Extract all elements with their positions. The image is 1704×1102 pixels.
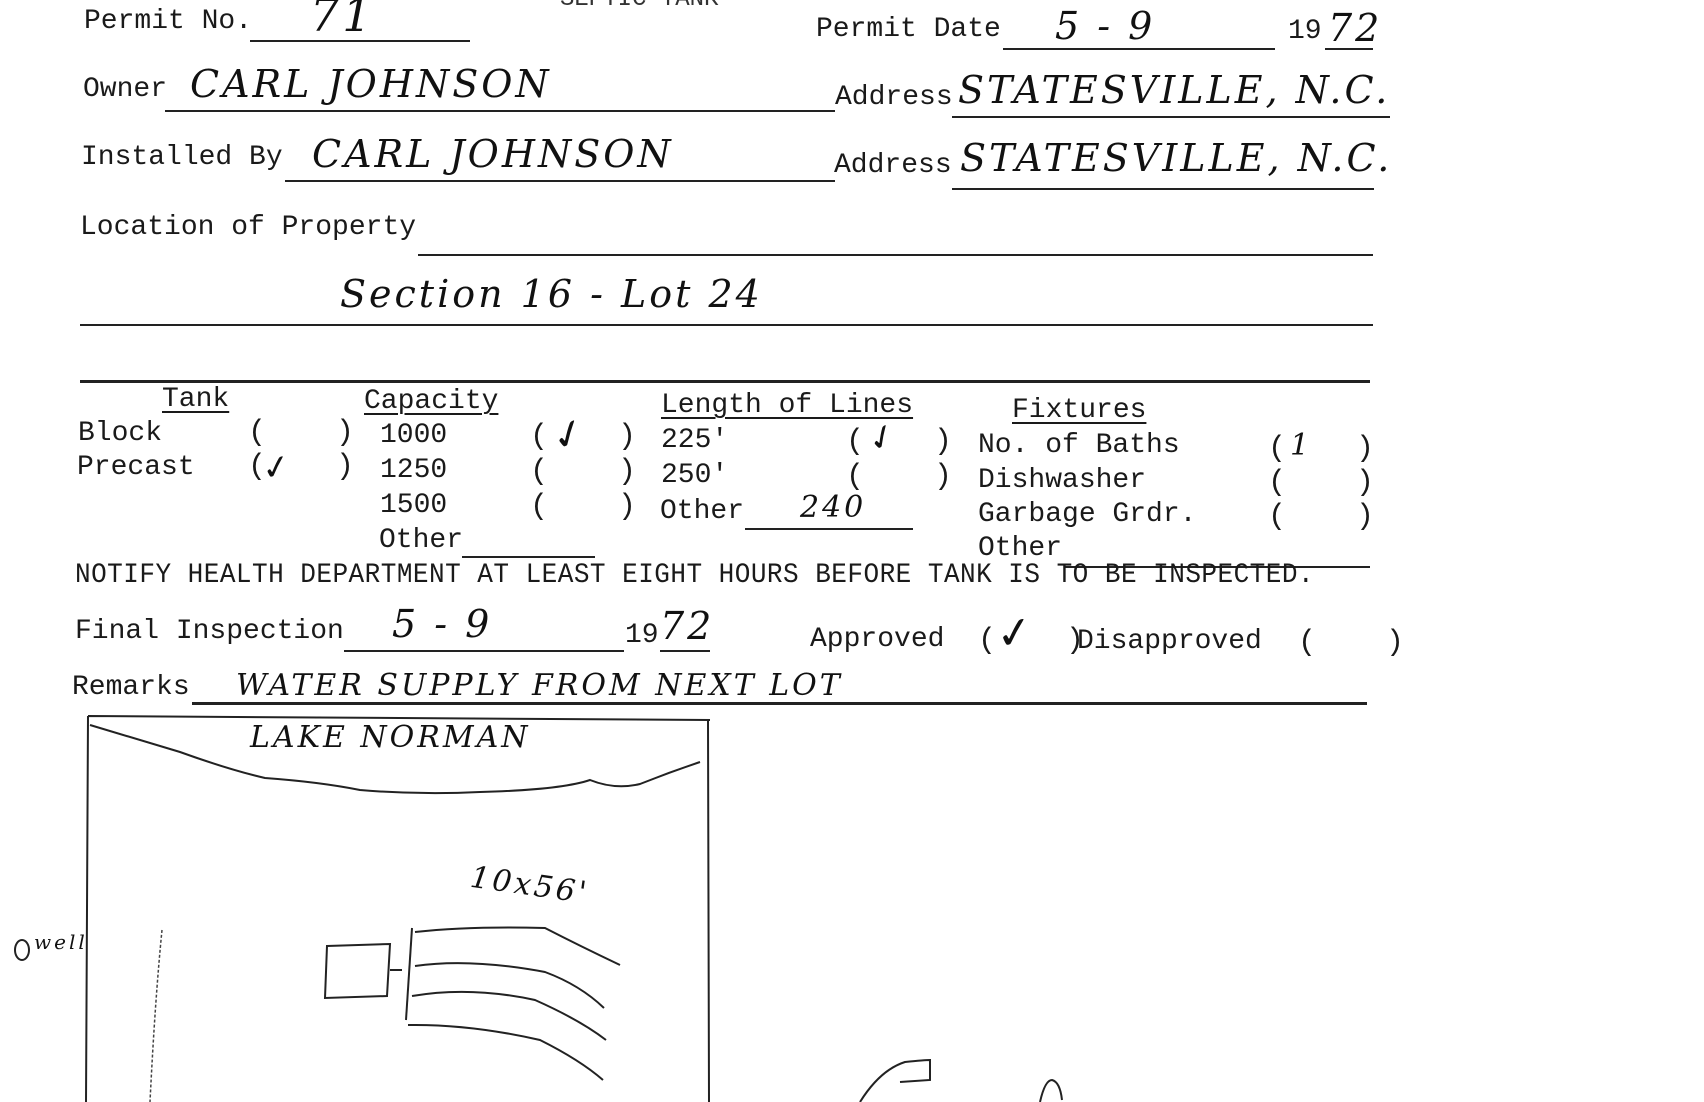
- well-icon: [15, 940, 29, 960]
- lake-label: LAKE NORMAN: [250, 720, 531, 755]
- tank-rectangle: [325, 944, 390, 998]
- site-sketch: [0, 0, 1704, 1102]
- road-line: [150, 930, 162, 1102]
- drain-line-4: [408, 1025, 603, 1080]
- drain-line-1: [415, 928, 620, 966]
- distribution-header: [406, 928, 412, 1020]
- drain-line-2: [415, 963, 604, 1008]
- lot-boundary: [86, 716, 710, 1102]
- signature-fragment: [860, 1060, 930, 1102]
- signature-fragment-2: [1040, 1080, 1062, 1102]
- well-label: well: [34, 930, 88, 954]
